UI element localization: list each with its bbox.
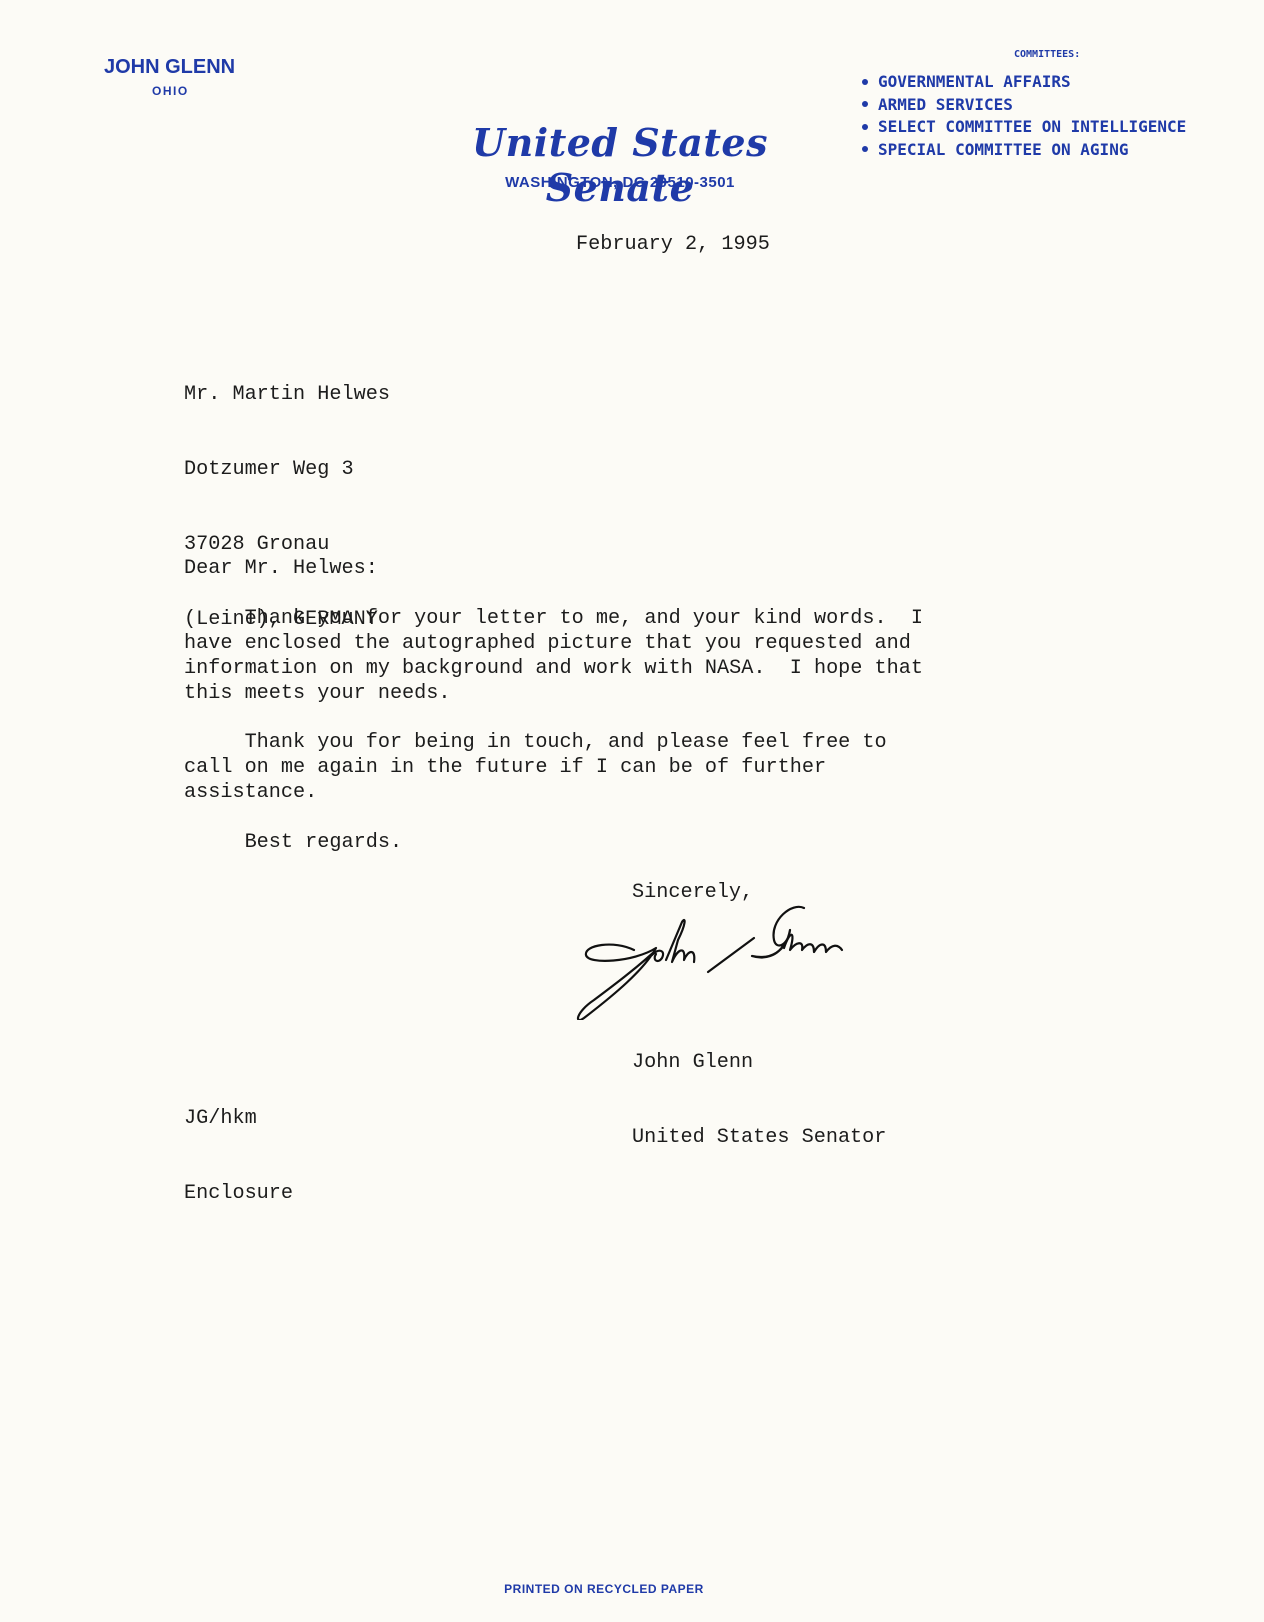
institution-title: United States Senate bbox=[435, 120, 805, 210]
committee-item: SELECT COMMITTEE ON INTELLIGENCE bbox=[862, 116, 1186, 139]
committees-list: COMMITTEES: GOVERNMENTAL AFFAIRS ARMED S… bbox=[862, 48, 1186, 161]
recipient-line: Mr. Martin Helwes bbox=[184, 382, 390, 407]
reference-initials: JG/hkm bbox=[184, 1106, 293, 1131]
bullet-icon bbox=[862, 101, 868, 107]
committees-label: COMMITTEES: bbox=[862, 48, 1186, 62]
letter-date: February 2, 1995 bbox=[576, 232, 770, 257]
committee-item: ARMED SERVICES bbox=[862, 94, 1186, 117]
signature-block: John Glenn United States Senator bbox=[632, 1000, 886, 1175]
reference-block: JG/hkm Enclosure bbox=[184, 1056, 293, 1231]
recipient-line: Dotzumer Weg 3 bbox=[184, 457, 390, 482]
institution-address: WASHINGTON, DC 20510-3501 bbox=[420, 174, 820, 191]
signer-name: John Glenn bbox=[632, 1050, 886, 1075]
committee-item: SPECIAL COMMITTEE ON AGING bbox=[862, 139, 1186, 162]
committee-item: GOVERNMENTAL AFFAIRS bbox=[862, 71, 1186, 94]
recipient-line: 37028 Gronau bbox=[184, 532, 390, 557]
signer-title: United States Senator bbox=[632, 1125, 886, 1150]
sender-state: OHIO bbox=[152, 84, 189, 98]
closing-line: Best regards. bbox=[184, 830, 402, 855]
bullet-icon bbox=[862, 146, 868, 152]
bullet-icon bbox=[862, 124, 868, 130]
body-paragraph: Thank you for being in touch, and please… bbox=[184, 730, 887, 805]
footer-note: PRINTED ON RECYCLED PAPER bbox=[0, 1582, 1208, 1596]
salutation: Dear Mr. Helwes: bbox=[184, 556, 378, 581]
bullet-icon bbox=[862, 79, 868, 85]
enclosure-note: Enclosure bbox=[184, 1181, 293, 1206]
sender-name: JOHN GLENN bbox=[104, 56, 235, 79]
body-paragraph: Thank you for your letter to me, and you… bbox=[184, 606, 923, 706]
